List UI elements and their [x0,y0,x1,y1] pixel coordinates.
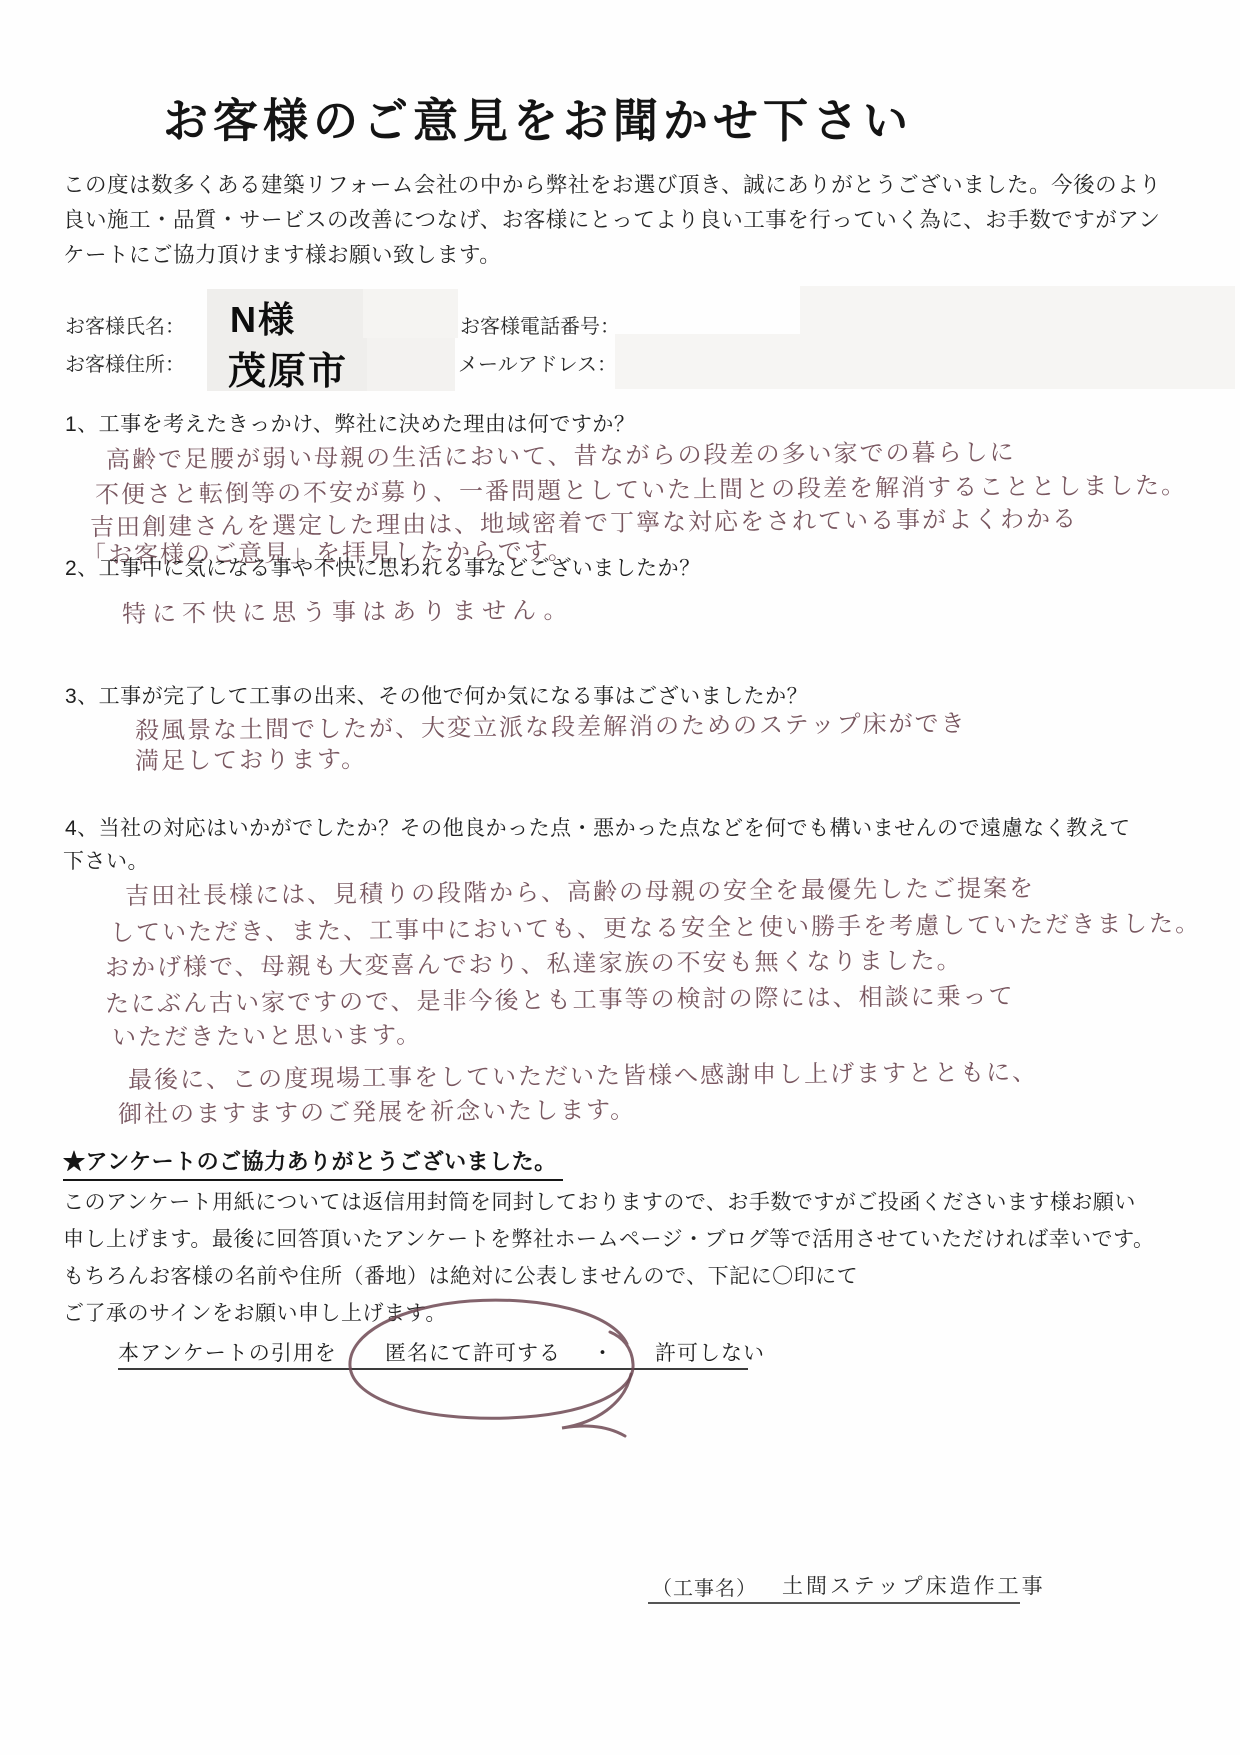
question-4-label-line2: 下さい。 [63,845,149,875]
question-4-answer-line: たにぶん古い家ですので、是非今後とも工事等の検討の際には、相談に乗って [105,976,1015,1019]
survey-thanks-heading: ★アンケートのご協力ありがとうございました。 [63,1145,563,1181]
redaction-box-phone [800,286,1235,336]
project-name-label: （工事名） [652,1572,757,1601]
survey-page: お客様のご意見をお聞かせ下さい この度は数多くある建築リフォーム会社の中から弊社… [0,0,1240,1755]
redaction-box-name-right [363,289,458,338]
question-4-answer-line: していただき、また、工事中においても、更なる安全と使い勝手を考慮していただきまし… [110,903,1201,948]
question-4-answer-line: 吉田社長様には、見積りの段階から、高齢の母親の安全を最優先したご提案を [125,868,1035,911]
quote-permission-label: 本アンケートの引用を [118,1337,337,1367]
question-3-answer-line: 満足しております。 [135,739,367,776]
customer-email-label: メールアドレス： [458,348,617,377]
survey-note-line: このアンケート用紙については返信用封筒を同封しておりますので、お手数ですがご投函… [63,1186,1136,1216]
question-4-answer-line: 御社のますますのご発展を祈念いたします。 [118,1090,636,1130]
project-name-underline [648,1602,1020,1604]
question-4-label: 4、当社の対応はいかがでしたか？その他良かった点・悪かった点などを何でも構いませ… [65,812,1131,842]
hand-drawn-circle-icon [338,1292,668,1442]
question-1-label: 1、工事を考えたきっかけ、弊社に決めた理由は何ですか？ [65,408,635,438]
question-4-answer-line: いただきたいと思います。 [112,1015,422,1053]
question-2-answer-line: 特に不快に思う事はありません。 [122,590,574,629]
question-4-answer-line: おかげ様で、母親も大変喜んでおり、私達家族の不安も無くなりました。 [105,940,963,982]
question-2-label: 2、工事中に気になる事や不快に思われる事などございましたか？ [65,552,701,582]
survey-note-line: 申し上げます。最後に回答頂いたアンケートを弊社ホームページ・ブログ等で活用させて… [63,1223,1154,1253]
customer-phone-label: お客様電話番号： [460,310,620,339]
quote-option-deny: 許可しない [655,1337,765,1367]
redaction-box-address-right [367,338,455,391]
intro-line: 良い施工・品質・サービスの改善につなげ、お客様にとってより良い工事を行っていく為… [63,203,1160,234]
customer-address-value: 茂原市 [228,340,348,395]
survey-note-line: もちろんお客様の名前や住所（番地）は絶対に公表しませんので、下記に〇印にて [63,1260,858,1290]
redaction-box-email [615,334,1235,389]
question-4-answer-line: 最後に、この度現場工事をしていただいた皆様へ感謝申し上げますとともに、 [128,1052,1038,1095]
project-name-value: 土間ステップ床造作工事 [782,1570,1046,1600]
customer-address-label: お客様住所： [65,348,185,377]
customer-name-value: N様 [230,292,296,343]
customer-name-label: お客様氏名： [65,310,185,339]
page-title: お客様のご意見をお聞かせ下さい [163,83,913,151]
intro-line: この度は数多くある建築リフォーム会社の中から弊社をお選び頂き、誠にありがとうござ… [63,168,1161,199]
intro-line: ケートにご協力頂けます様お願い致します。 [63,238,501,269]
